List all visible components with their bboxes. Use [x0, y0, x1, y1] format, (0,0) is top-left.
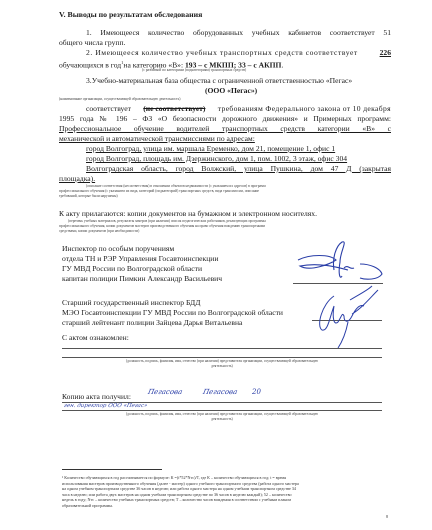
copy-received-caption-2: деятельность) — [62, 417, 382, 422]
acquainted-caption-2: деятельность) — [62, 364, 382, 369]
handwritten-signature-1: Пегасова — [147, 388, 183, 396]
address-1: город Волгоград, улица им. маршала Ереме… — [86, 144, 335, 153]
footnote-separator — [62, 469, 162, 470]
item1-line2: общего числа групп. — [59, 38, 125, 47]
org-short-name: (ООО «Пегас») — [205, 86, 257, 95]
copy-received-line-2 — [62, 410, 382, 411]
attachments-caption-2: профессионального обучения, копии докуме… — [59, 224, 265, 229]
address-3-tail: площадка). — [59, 174, 95, 183]
inspector1-line3: ГУ МВД России по Волгоградской области — [62, 264, 202, 273]
document-page: V. Выводы по результатам обследования 1.… — [0, 0, 432, 530]
section-title: V. Выводы по результатам обследования — [59, 10, 202, 19]
compliance-caption-2: профессионального обучения (с указанием … — [59, 189, 259, 194]
compliance-caption-3: требований, которые были нарушены) — [59, 194, 118, 199]
inspector1-line1: Инспектор по особым поручениям — [62, 244, 174, 253]
inspector2-line3: старший лейтенант полиции Зайцева Дарья … — [62, 318, 242, 327]
item1-line1: 1. Имеющееся количество оборудованных уч… — [86, 28, 391, 37]
page-number: 8 — [386, 514, 388, 520]
acquainted-label: С актом ознакомлен: — [62, 333, 129, 342]
handwritten-position: ген. директор ООО «Пегас» — [63, 403, 148, 409]
address-2: город Волгоград, площадь им. Дзержинског… — [86, 154, 347, 163]
item3-line3-rest: требованиям Федерального закона от 10 де… — [218, 104, 391, 113]
inspector1-line4: капитан полиции Пимкин Александр Василье… — [62, 274, 222, 283]
handwritten-initials: 20 — [252, 388, 261, 396]
item2-line1: 2. Имеющееся количество учебных транспор… — [86, 48, 391, 57]
inspector2-line1: Старший государственный инспектор БДД — [62, 298, 200, 307]
inspector2-line2: МЭО Госавтоинспекции ГУ МВД России по Во… — [62, 308, 283, 317]
complies-text: соответствует — [86, 104, 131, 113]
not-complies-strikethrough: (не соответствует) — [143, 104, 205, 113]
item3-line4: 1995 года № 196 – ФЗ «О безопасности дор… — [59, 114, 391, 123]
item2-caption: (с разбивкой по категориям (подкатегория… — [142, 68, 246, 73]
item3-line1: 3.Учебно-материальная база общества с ог… — [86, 76, 352, 85]
item2-value: 226 — [380, 48, 391, 57]
compliance-caption-1: (описание соответствия (несоответствия) … — [86, 184, 266, 189]
item3-line3: соответствует (не соответствует) требова… — [86, 104, 391, 113]
address-3: Волгоградская область, город Волжский, у… — [86, 164, 391, 173]
copy-received-label: Копию акта получил: — [62, 392, 131, 401]
item2-text: 2. Имеющееся количество учебных транспор… — [86, 48, 358, 57]
attachments-text: К акту прилагаются: копии документов на … — [59, 209, 317, 218]
inspector2-signature — [312, 286, 382, 350]
attachments-caption-1: (перечень учебных материалов, результаты… — [68, 219, 266, 224]
acquainted-line-1 — [62, 348, 382, 349]
item2-line2-end: . — [281, 61, 283, 70]
inspector1-signature — [290, 240, 390, 285]
program-line2: механической и автоматической трансмисси… — [59, 134, 255, 143]
acquainted-line-2 — [62, 357, 382, 358]
attachments-caption-3: средствами, копии документов (при необхо… — [59, 229, 139, 234]
copy-received-caption-1: (должность, подпись, фамилия, имя, отчес… — [62, 412, 382, 417]
program-line1: Профессиональное обучение водителей тран… — [59, 124, 391, 133]
inspector1-line2: отдела ТН и РЭР Управления Госавтоинспек… — [62, 254, 218, 263]
handwritten-name: Пегасова — [202, 388, 238, 396]
item2-line2-prefix: обучающихся в год — [59, 61, 121, 70]
footnote-line-6: образовательной программы. — [62, 503, 113, 509]
org-caption: (наименование организации, осуществляюще… — [59, 97, 180, 102]
acquainted-caption-1: (должность, подпись, фамилия, имя, отчес… — [62, 359, 382, 364]
